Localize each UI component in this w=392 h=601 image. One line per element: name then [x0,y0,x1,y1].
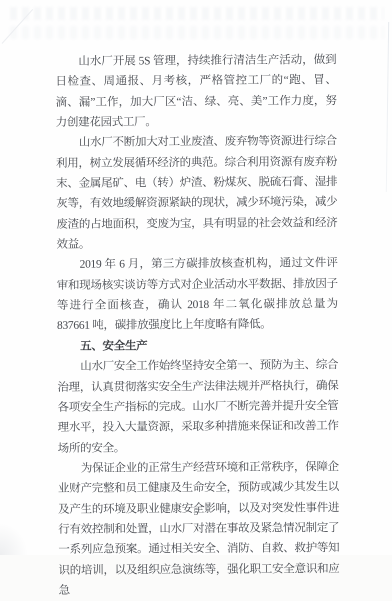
body-paragraph: 山水厂安全工作始终坚持安全第一、预防为主、综合治理，认真贯彻落实安全生产法律法规… [57,355,339,458]
body-paragraph: 为保证企业的正常生产经营环境和正常秩序，保障企业财产完整和员工健康及生命安全，预… [58,457,340,555]
body-paragraph: 2019 年 6 月，第三方碳排放核查机构，通过文件评审和现场核实谈访等方式对企… [57,254,338,337]
scanned-page: 山水厂开展 5S 管理，持续推行清洁生产活动，做到日检查、周通报、月考核，严格管… [0,0,392,555]
showthrough-artifact [10,26,384,39]
showthrough-artifact [10,7,384,20]
body-paragraph: 山水厂不断加大对工业废渣、废弃物等资源进行综合利用，树立发展循环经济的典范。综合… [56,132,338,256]
document-body: 山水厂开展 5S 管理，持续推行清洁生产活动，做到日检查、周通报、月考核，严格管… [55,50,339,555]
body-paragraph: 山水厂开展 5S 管理，持续推行清洁生产活动，做到日检查、周通报、月考核，严格管… [55,50,336,133]
section-heading: 五、安全生产 [57,335,338,357]
scan-smudge-artifact [0,523,28,555]
page-number: 5 [0,508,392,518]
paper-edge-artifact [386,22,389,192]
